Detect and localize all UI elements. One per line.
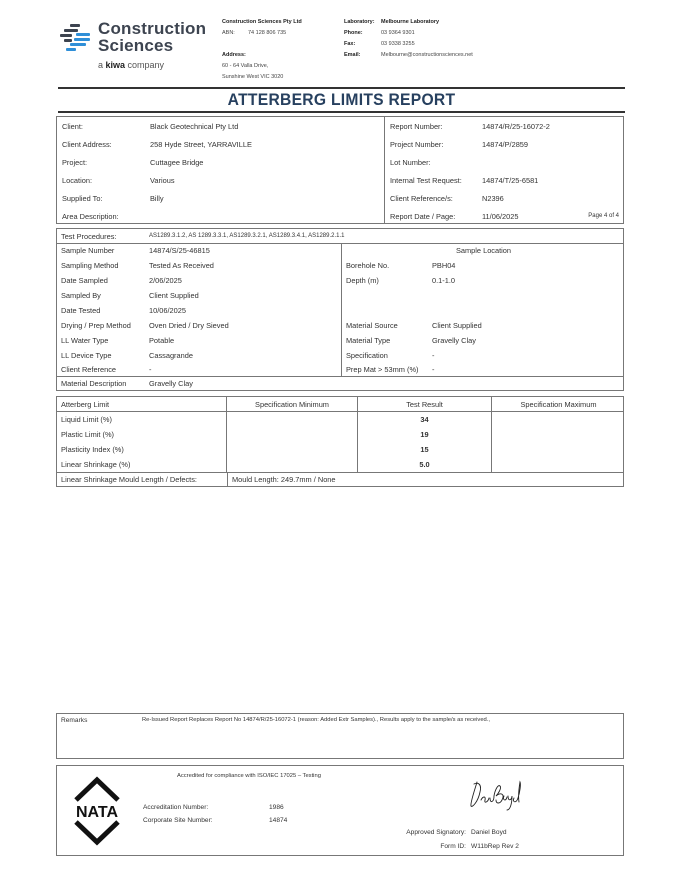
address-line-1: 60 - 64 Valla Drive,	[222, 61, 302, 72]
header-rule-bottom	[58, 111, 625, 113]
signature-icon	[468, 778, 528, 814]
specification-value: -	[432, 351, 434, 360]
header-spec-min: Specification Minimum	[227, 397, 357, 411]
approved-signatory-value: Daniel Boyd	[471, 829, 507, 836]
lot-number-label: Lot Number:	[390, 158, 482, 167]
project-label: Project:	[62, 158, 150, 167]
client-address-label: Client Address:	[62, 140, 150, 149]
accreditation-number-label: Accreditation Number:	[143, 804, 208, 811]
page-indicator: Page 4 of 4	[588, 207, 619, 225]
client-info-panel: Client:Black Geotechnical Pty Ltd Client…	[56, 116, 624, 224]
laboratory-details: Laboratory:Melbourne Laboratory Phone:03…	[344, 17, 473, 61]
test-procedures-value: AS1289.3.1.2, AS 1289.3.3.1, AS1289.3.2.…	[149, 233, 345, 239]
accreditation-note: Accredited for compliance with ISO/IEC 1…	[177, 773, 321, 779]
client-label: Client:	[62, 122, 150, 131]
fax-value: 03 9338 3255	[381, 39, 415, 50]
logo-line-1: Construction	[98, 20, 206, 37]
client-value: Black Geotechnical Pty Ltd	[150, 122, 238, 131]
client-reference-value: N2396	[482, 194, 504, 203]
drying-prep-label: Drying / Prep Method	[61, 321, 149, 330]
prep-mat-label: Prep Mat > 53mm (%)	[346, 365, 432, 374]
supplied-to-row: Supplied To:Billy	[62, 189, 164, 207]
header-atterberg-limit: Atterberg Limit	[61, 397, 109, 411]
phone-value: 03 9364 9301	[381, 28, 415, 39]
material-description-value: Gravelly Clay	[149, 379, 193, 388]
borehole-value: PBH04	[432, 261, 455, 270]
company-logo-text: Construction Sciences	[98, 20, 206, 54]
depth-value: 0.1-1.0	[432, 276, 455, 285]
liquid-limit-result: 34	[358, 412, 491, 427]
sample-client-reference-label: Client Reference	[61, 365, 149, 374]
borehole-row: Borehole No.PBH04	[346, 258, 455, 273]
fax-label: Fax:	[344, 39, 381, 50]
divider	[341, 243, 342, 376]
logo-sub-prefix: a	[98, 60, 106, 70]
report-number-label: Report Number:	[390, 122, 482, 131]
prep-mat-row: Prep Mat > 53mm (%)-	[346, 362, 434, 376]
prep-mat-value: -	[432, 365, 434, 374]
location-value: Various	[150, 176, 175, 185]
sample-client-reference-value: -	[149, 365, 151, 374]
material-source-value: Client Supplied	[432, 321, 482, 330]
internal-test-request-value: 14874/T/25-6581	[482, 176, 538, 185]
sample-number-label: Sample Number	[61, 246, 149, 255]
area-description-label: Area Description:	[62, 212, 150, 221]
form-id-label: Form ID:	[394, 843, 466, 850]
test-procedures-row: Test Procedures: AS1289.3.1.2, AS 1289.3…	[61, 229, 345, 243]
ll-device-type-value: Cassagrande	[149, 351, 193, 360]
corporate-site-value: 14874	[269, 817, 287, 824]
client-reference-label: Client Reference/s:	[390, 194, 482, 203]
sampling-method-value: Tested As Received	[149, 261, 214, 270]
client-row: Client:Black Geotechnical Pty Ltd	[62, 117, 238, 135]
specification-label: Specification	[346, 351, 432, 360]
area-description-row: Area Description:	[62, 207, 150, 225]
borehole-label: Borehole No.	[346, 261, 432, 270]
header-spec-max: Specification Maximum	[492, 397, 625, 411]
report-title: ATTERBERG LIMITS REPORT	[81, 90, 603, 110]
ll-water-type-label: LL Water Type	[61, 336, 149, 345]
atterberg-results-table: Atterberg Limit Specification Minimum Te…	[56, 396, 624, 487]
client-address-row: Client Address:258 Hyde Street, YARRAVIL…	[62, 135, 252, 153]
accreditation-footer: Accredited for compliance with ISO/IEC 1…	[56, 765, 624, 856]
specification-row: Specification-	[346, 348, 434, 363]
ll-device-type-row: LL Device TypeCassagrande	[61, 348, 193, 363]
internal-test-request-label: Internal Test Request:	[390, 176, 482, 185]
sample-location-heading: Sample Location	[342, 243, 625, 258]
plasticity-index-label: Plasticity Index (%)	[61, 442, 124, 457]
abn-value: 74 128 806 735	[248, 28, 286, 39]
address-line-2: Sunshine West VIC 3020	[222, 72, 302, 83]
sample-number-value: 14874/S/25-46815	[149, 246, 210, 255]
abn-label: ABN:	[222, 28, 248, 39]
sampling-method-label: Sampling Method	[61, 261, 149, 270]
accreditation-number-value: 1986	[269, 804, 284, 811]
location-row: Location:Various	[62, 171, 175, 189]
date-tested-label: Date Tested	[61, 306, 149, 315]
logo-sub-suffix: company	[125, 60, 164, 70]
material-description-row: Material DescriptionGravelly Clay	[61, 376, 193, 391]
material-description-label: Material Description	[61, 379, 149, 388]
logo-line-2: Sciences	[98, 37, 206, 54]
report-date-value: 11/06/2025	[482, 212, 518, 221]
material-source-row: Material SourceClient Supplied	[346, 318, 482, 333]
date-sampled-value: 2/06/2025	[149, 276, 182, 285]
ll-water-type-value: Potable	[149, 336, 174, 345]
sample-number-row: Sample Number14874/S/25-46815	[61, 243, 210, 258]
remarks-label: Remarks	[61, 717, 87, 724]
supplied-to-label: Supplied To:	[62, 194, 150, 203]
company-details: Construction Sciences Pty Ltd ABN:74 128…	[222, 17, 302, 83]
divider	[227, 472, 228, 487]
sampled-by-row: Sampled ByClient Supplied	[61, 288, 199, 303]
construction-sciences-stripes-icon	[60, 24, 94, 50]
nata-logo-icon: NATA	[66, 776, 128, 846]
depth-row: Depth (m)0.1-1.0	[346, 273, 455, 288]
client-info-divider	[384, 117, 385, 223]
address-label: Address:	[222, 50, 302, 61]
sampled-by-label: Sampled By	[61, 291, 149, 300]
plastic-limit-label: Plastic Limit (%)	[61, 427, 114, 442]
remarks-text: Re-Issued Report Replaces Report No 1487…	[142, 717, 490, 723]
mould-length-value: Mould Length: 249.7mm / None	[232, 472, 336, 487]
plasticity-index-result: 15	[358, 442, 491, 457]
project-number-label: Project Number:	[390, 140, 482, 149]
date-tested-value: 10/06/2025	[149, 306, 186, 315]
project-value: Cuttagee Bridge	[150, 158, 203, 167]
logo-subtitle: a kiwa company	[98, 60, 164, 70]
report-date-row: Report Date / Page:11/06/2025	[390, 207, 518, 225]
location-label: Location:	[62, 176, 150, 185]
header-rule-top	[58, 87, 625, 89]
material-type-row: Material TypeGravelly Clay	[346, 333, 476, 348]
linear-shrinkage-label: Linear Shrinkage (%)	[61, 457, 130, 472]
report-number-value: 14874/R/25-16072-2	[482, 122, 550, 131]
test-procedures-label: Test Procedures:	[61, 232, 149, 241]
supplied-to-value: Billy	[150, 194, 164, 203]
date-sampled-row: Date Sampled2/06/2025	[61, 273, 182, 288]
report-number-row: Report Number:14874/R/25-16072-2	[390, 117, 550, 135]
sampling-method-row: Sampling MethodTested As Received	[61, 258, 214, 273]
mould-length-label: Linear Shrinkage Mould Length / Defects:	[61, 472, 197, 487]
project-number-value: 14874/P/2859	[482, 140, 528, 149]
linear-shrinkage-result: 5.0	[358, 457, 491, 472]
material-source-label: Material Source	[346, 321, 432, 330]
material-type-label: Material Type	[346, 336, 432, 345]
email-label: Email:	[344, 50, 381, 61]
drying-prep-row: Drying / Prep MethodOven Dried / Dry Sie…	[61, 318, 229, 333]
client-address-value: 258 Hyde Street, YARRAVILLE	[150, 140, 252, 149]
header-test-result: Test Result	[358, 397, 491, 411]
project-number-row: Project Number:14874/P/2859	[390, 135, 528, 153]
remarks-panel: Remarks Re-Issued Report Replaces Report…	[56, 713, 624, 759]
report-date-label: Report Date / Page:	[390, 212, 482, 221]
sample-details-panel: Test Procedures: AS1289.3.1.2, AS 1289.3…	[56, 228, 624, 391]
drying-prep-value: Oven Dried / Dry Sieved	[149, 321, 229, 330]
ll-water-type-row: LL Water TypePotable	[61, 333, 174, 348]
sampled-by-value: Client Supplied	[149, 291, 199, 300]
material-type-value: Gravelly Clay	[432, 336, 476, 345]
logo-sub-brand: kiwa	[106, 60, 126, 70]
sample-client-reference-row: Client Reference-	[61, 362, 151, 376]
corporate-site-label: Corporate Site Number:	[143, 817, 213, 824]
phone-label: Phone:	[344, 28, 381, 39]
client-reference-row: Client Reference/s:N2396	[390, 189, 504, 207]
ll-device-type-label: LL Device Type	[61, 351, 149, 360]
form-id-value: W11bRep Rev 2	[471, 843, 519, 850]
company-name: Construction Sciences Pty Ltd	[222, 17, 302, 28]
svg-text:NATA: NATA	[76, 804, 119, 821]
email-link[interactable]: Melbourne@constructionsciences.net	[381, 50, 473, 61]
depth-label: Depth (m)	[346, 276, 432, 285]
lot-number-row: Lot Number:	[390, 153, 482, 171]
liquid-limit-label: Liquid Limit (%)	[61, 412, 112, 427]
date-tested-row: Date Tested10/06/2025	[61, 303, 186, 318]
approved-signatory-label: Approved Signatory:	[394, 829, 466, 836]
date-sampled-label: Date Sampled	[61, 276, 149, 285]
divider	[57, 411, 623, 412]
laboratory-value: Melbourne Laboratory	[381, 17, 439, 28]
internal-test-request-row: Internal Test Request:14874/T/25-6581	[390, 171, 538, 189]
laboratory-label: Laboratory:	[344, 17, 381, 28]
project-row: Project:Cuttagee Bridge	[62, 153, 203, 171]
plastic-limit-result: 19	[358, 427, 491, 442]
